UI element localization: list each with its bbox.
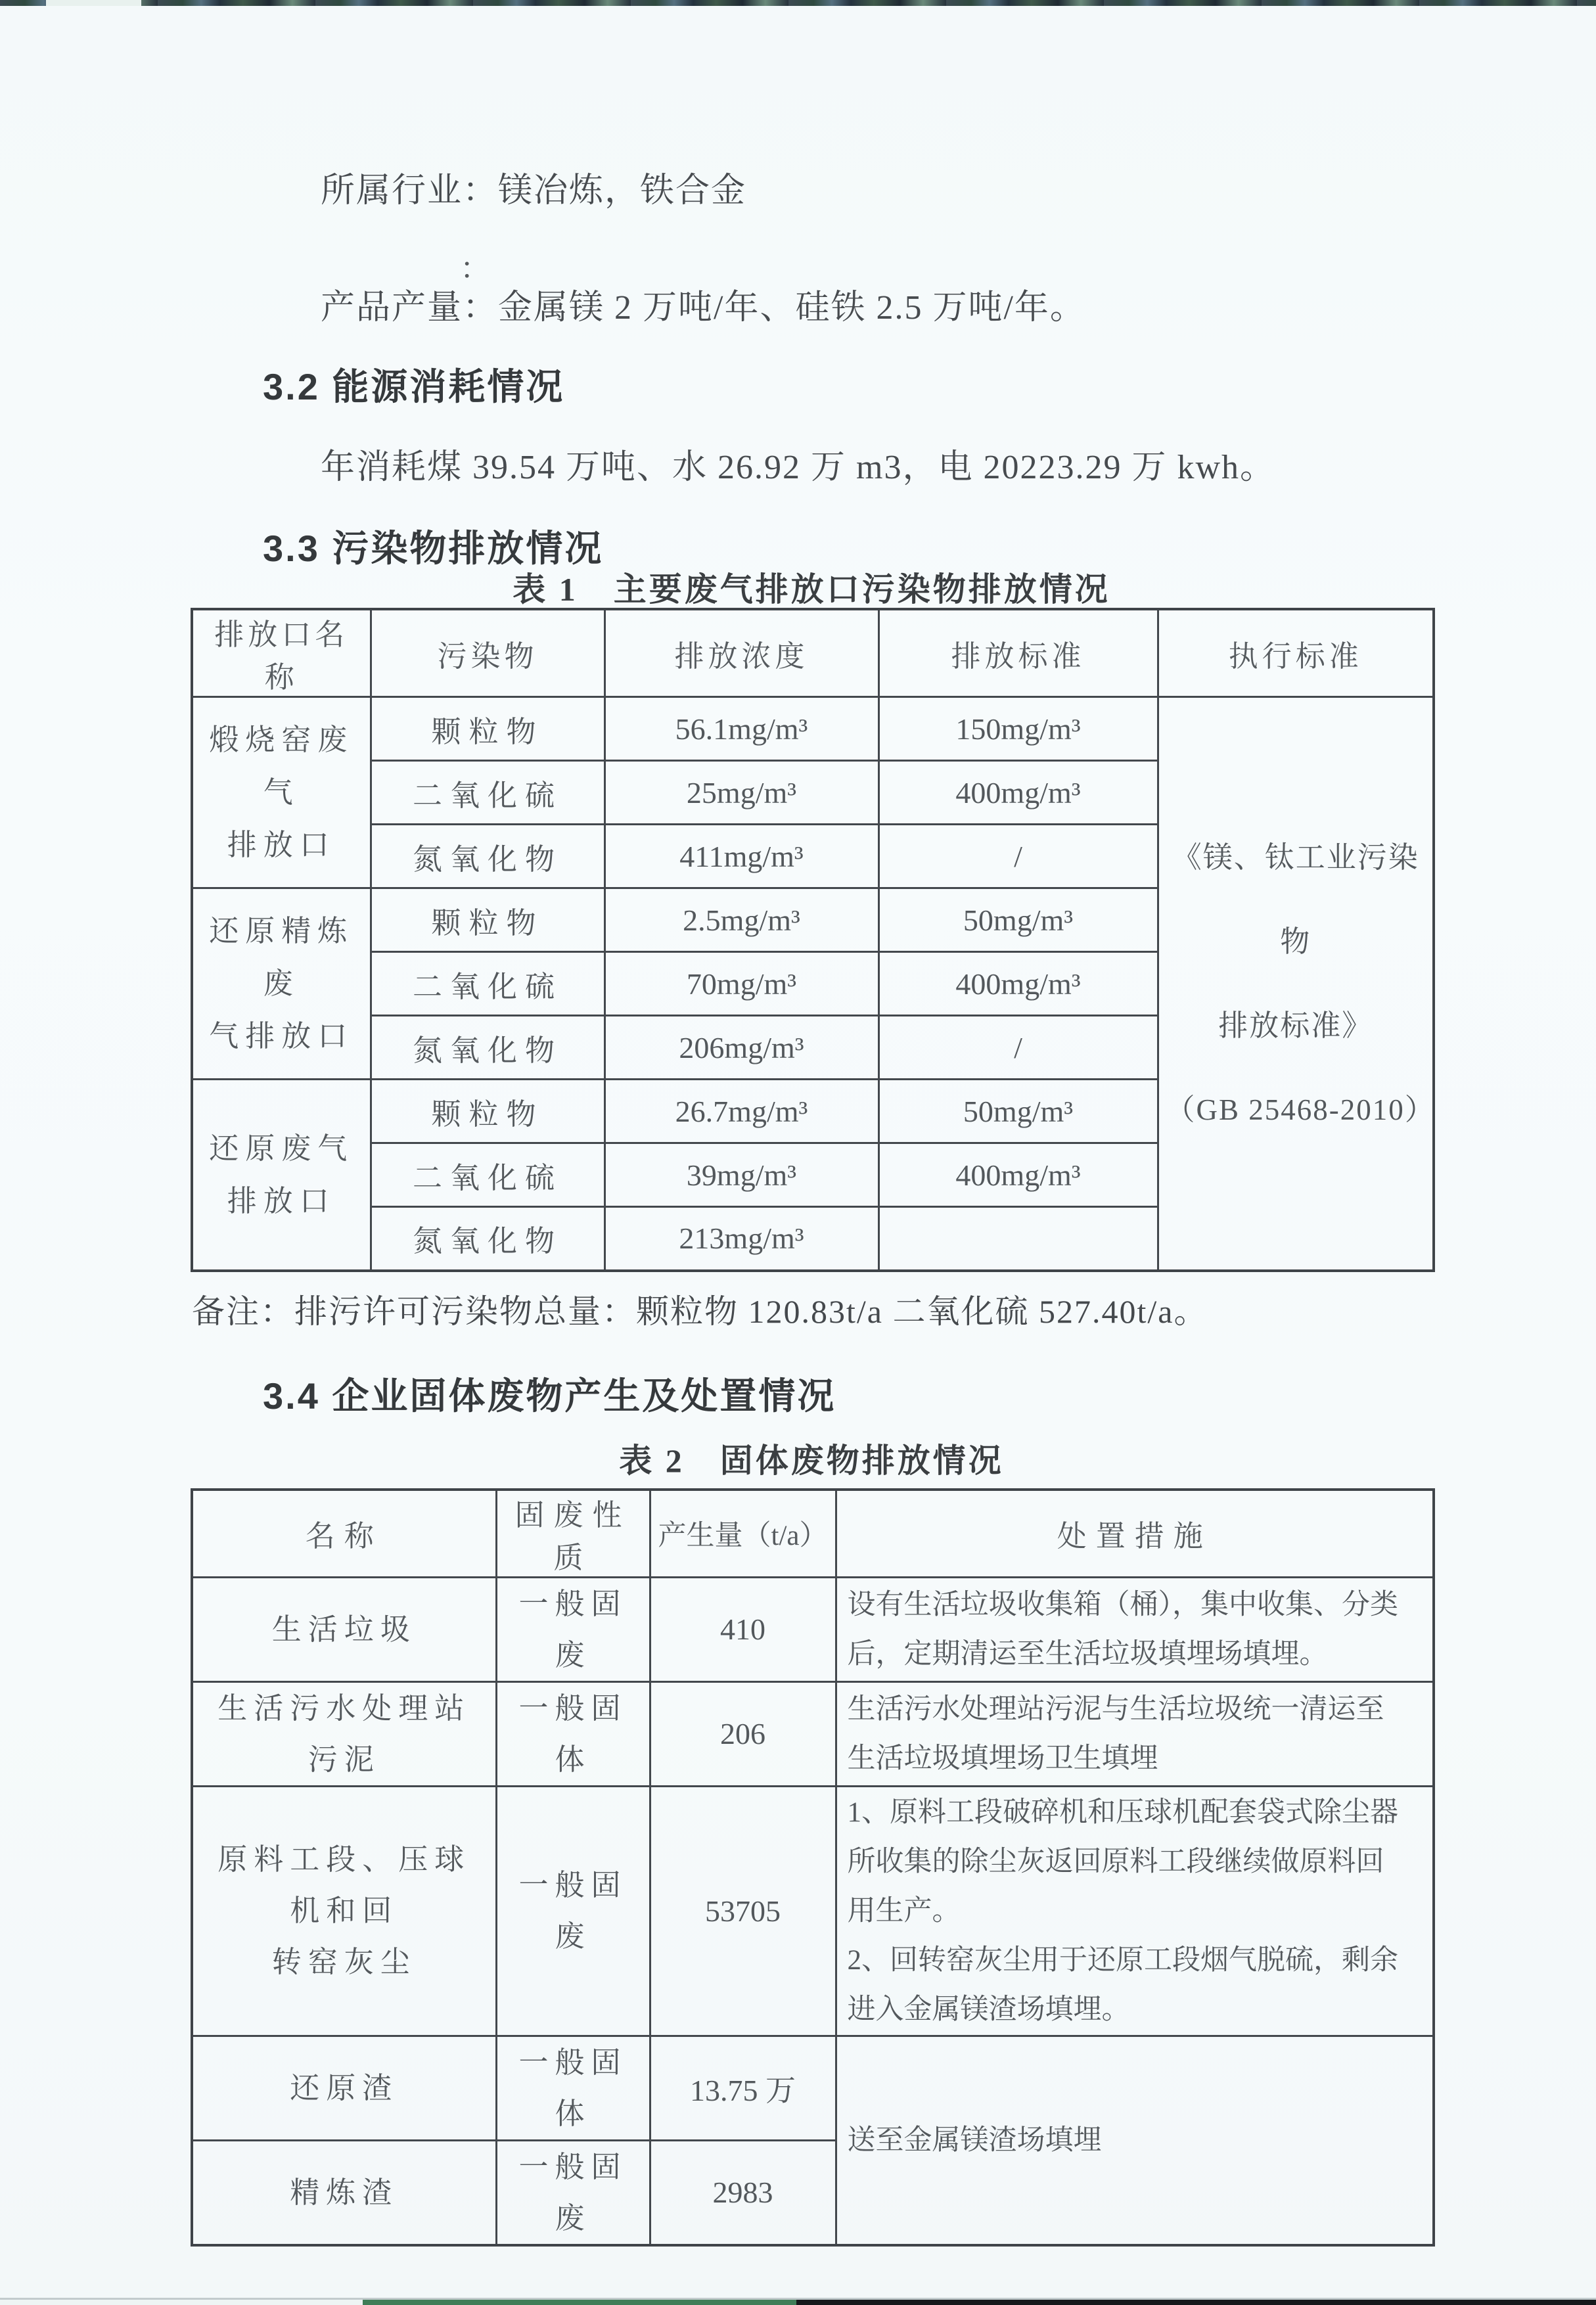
paragraph-industry: 所属行业：镁冶炼，铁合金 (0, 170, 1596, 213)
table-solid-waste: 名称 固废性质 产生量（t/a） 处置措施 生活垃圾 一般固废 410 设有生活… (191, 1488, 1435, 2247)
table1-outlet-group-2: 还原精炼废 气排放口 (192, 888, 371, 1080)
section-heading-3-3: 3.3 污染物排放情况 (0, 526, 1596, 572)
table-cell-concentration: 56.1mg/m³ (604, 697, 878, 761)
paragraph-energy-consumption: 年消耗煤 39.54 万吨、水 26.92 万 m3，电 20223.29 万 … (0, 446, 1596, 490)
table-cell-waste-amount: 13.75 万 (650, 2036, 836, 2140)
table-cell-limit: 150mg/m³ (878, 697, 1158, 761)
table-cell-concentration: 213mg/m³ (604, 1207, 878, 1271)
table2-caption: 表 2 固体废物排放情况 (191, 1443, 1432, 1479)
table-cell-pollutant: 颗粒物 (371, 1080, 604, 1143)
table-cell-waste-name: 还原渣 (192, 2036, 496, 2140)
table-waste-gas-emissions: 排放口名称 污染物 排放浓度 排放标准 执行标准 煅烧窑废气 排放口 颗粒物 5… (191, 608, 1435, 1272)
section-heading-3-2: 3.2 能源消耗情况 (0, 364, 1596, 410)
table-cell-limit: 50mg/m³ (878, 888, 1158, 952)
table-row: 煅烧窑废气 排放口 颗粒物 56.1mg/m³ 150mg/m³ 《镁、钛工业污… (192, 697, 1434, 761)
table-cell-limit: 50mg/m³ (878, 1080, 1158, 1143)
table-cell-concentration: 2.5mg/m³ (604, 888, 878, 952)
table-row: 原料工段、压球机和回 转窑灰尘 一般固废 53705 1、原料工段破碎机和压球机… (192, 1786, 1434, 2036)
table-cell-limit: 400mg/m³ (878, 761, 1158, 825)
table-cell-waste-name: 原料工段、压球机和回 转窑灰尘 (192, 1786, 496, 2036)
page-content: 所属行业：镁冶炼，铁合金 产品产量：金属镁 2 万吨/年、硅铁 2.5 万吨/年… (0, 0, 1596, 2247)
table-cell-waste-amount: 2983 (650, 2140, 836, 2245)
table1-standard-reference: 《镁、钛工业污染物 排放标准》 （GB 25468-2010） (1158, 697, 1434, 1271)
table-cell-waste-name: 精炼渣 (192, 2140, 496, 2245)
scan-artifact-bottom-strip (0, 2298, 1596, 2305)
table2-header-amount: 产生量（t/a） (650, 1490, 836, 1578)
table-cell-waste-type: 一般固体 (496, 1681, 650, 1786)
table-cell-pollutant: 氮氧化物 (371, 825, 604, 888)
table-cell-concentration: 39mg/m³ (604, 1143, 878, 1207)
table-row: 生活垃圾 一般固废 410 设有生活垃圾收集箱（桶），集中收集、分类 后，定期清… (192, 1577, 1434, 1681)
table-cell-waste-type: 一般固废 (496, 2140, 650, 2245)
table-cell-disposal: 1、原料工段破碎机和压球机配套袋式除尘器 所收集的除尘灰返回原料工段继续做原料回… (836, 1786, 1434, 2036)
table-cell-disposal-merged: 送至金属镁渣场填埋 (836, 2036, 1434, 2245)
paragraph-product-output: 产品产量：金属镁 2 万吨/年、硅铁 2.5 万吨/年。 (0, 286, 1596, 330)
table-cell-waste-amount: 206 (650, 1681, 836, 1786)
table-cell-disposal: 生活污水处理站污泥与生活垃圾统一清运至 生活垃圾填埋场卫生填埋 (836, 1681, 1434, 1786)
table1-header-limit: 排放标准 (878, 609, 1158, 697)
table1-outlet-group-1: 煅烧窑废气 排放口 (192, 697, 371, 888)
table-cell-pollutant: 颗粒物 (371, 697, 604, 761)
table-cell-concentration: 206mg/m³ (604, 1016, 878, 1080)
table-cell-pollutant: 二氧化硫 (371, 761, 604, 825)
table-cell-limit (878, 1207, 1158, 1271)
table-cell-concentration: 411mg/m³ (604, 825, 878, 888)
table1-header-pollutant: 污染物 (371, 609, 604, 697)
table-cell-waste-type: 一般固体 (496, 2036, 650, 2140)
table-cell-waste-amount: 53705 (650, 1786, 836, 2036)
scan-artifact-bottom-green (363, 2300, 796, 2305)
table-cell-pollutant: 颗粒物 (371, 888, 604, 952)
table2-header-disposal: 处置措施 (836, 1490, 1434, 1578)
scan-artifact-colon: ： (460, 244, 490, 288)
table-cell-waste-amount: 410 (650, 1577, 836, 1681)
table-cell-limit: 400mg/m³ (878, 952, 1158, 1016)
table1-remark: 备注：排污许可污染物总量：颗粒物 120.83t/a 二氧化硫 527.40t/… (0, 1290, 1596, 1333)
section-heading-3-4: 3.4 企业固体废物产生及处置情况 (0, 1373, 1596, 1419)
table-cell-waste-type: 一般固废 (496, 1786, 650, 2036)
table-cell-concentration: 26.7mg/m³ (604, 1080, 878, 1143)
table1-caption: 表 1 主要废气排放口污染物排放情况 (191, 572, 1432, 608)
table-cell-limit: 400mg/m³ (878, 1143, 1158, 1207)
scan-artifact-bottom-light (0, 2300, 363, 2305)
table-cell-concentration: 25mg/m³ (604, 761, 878, 825)
scan-artifact-bottom-dark (796, 2300, 1596, 2305)
table2-header-type: 固废性质 (496, 1490, 650, 1578)
table2-header-name: 名称 (192, 1490, 496, 1578)
table1-header-row: 排放口名称 污染物 排放浓度 排放标准 执行标准 (192, 609, 1434, 697)
table-row: 生活污水处理站污泥 一般固体 206 生活污水处理站污泥与生活垃圾统一清运至 生… (192, 1681, 1434, 1786)
table-cell-concentration: 70mg/m³ (604, 952, 878, 1016)
table-cell-waste-name: 生活垃圾 (192, 1577, 496, 1681)
table-cell-limit: / (878, 1016, 1158, 1080)
table2-header-row: 名称 固废性质 产生量（t/a） 处置措施 (192, 1490, 1434, 1578)
table-cell-limit: / (878, 825, 1158, 888)
table-cell-pollutant: 氮氧化物 (371, 1207, 604, 1271)
table1-header-outlet: 排放口名称 (192, 609, 371, 697)
table-cell-pollutant: 二氧化硫 (371, 1143, 604, 1207)
table1-header-concentration: 排放浓度 (604, 609, 878, 697)
table1-outlet-group-3: 还原废气 排放口 (192, 1080, 371, 1271)
table1-header-standard: 执行标准 (1158, 609, 1434, 697)
table-row: 还原渣 一般固体 13.75 万 送至金属镁渣场填埋 (192, 2036, 1434, 2140)
table-cell-waste-name: 生活污水处理站污泥 (192, 1681, 496, 1786)
table-cell-disposal: 设有生活垃圾收集箱（桶），集中收集、分类 后，定期清运至生活垃圾填埋场填埋。 (836, 1577, 1434, 1681)
table-cell-pollutant: 二氧化硫 (371, 952, 604, 1016)
scanned-report-page: 所属行业：镁冶炼，铁合金 产品产量：金属镁 2 万吨/年、硅铁 2.5 万吨/年… (0, 0, 1596, 2305)
table-cell-pollutant: 氮氧化物 (371, 1016, 604, 1080)
table-cell-waste-type: 一般固废 (496, 1577, 650, 1681)
